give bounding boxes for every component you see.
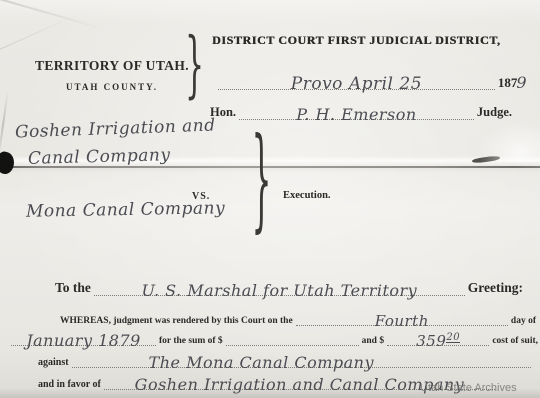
- printed-year: 187: [498, 76, 518, 90]
- handwritten-judgment-creditor: Goshen Irrigation and Canal Company: [135, 378, 465, 392]
- cost-label: cost of suit,: [492, 336, 538, 346]
- whereas-text: WHEREAS, judgment was rendered by this C…: [60, 316, 293, 326]
- handwritten-judge-name: P. H. Emerson: [296, 108, 416, 122]
- favor-label: and in favor of: [38, 379, 101, 390]
- handwritten-addressee: U. S. Marshal for Utah Territory: [141, 284, 417, 298]
- sum-line: January 1879 for the sum of $ and $ 3592…: [8, 326, 538, 346]
- to-label: To the: [55, 281, 91, 296]
- addressee-blank: U. S. Marshal for Utah Territory: [94, 281, 465, 296]
- date-line: Provo April 25 187 9: [215, 66, 527, 90]
- archives-watermark: Utah State Archives: [420, 382, 517, 394]
- county-subheading: UTAH COUNTY.: [33, 82, 191, 92]
- plaintiff-name-line2: Canal Company: [28, 148, 171, 167]
- handwritten-place-date: Provo April 25: [291, 77, 422, 92]
- scanned-court-document: TERRITORY OF UTAH. UTAH COUNTY. } DISTRI…: [0, 0, 540, 398]
- month-year-blank: January 1879: [11, 331, 156, 346]
- judge-name-blank: P. H. Emerson: [239, 105, 474, 120]
- sum-label: for the sum of $: [159, 336, 223, 346]
- crease-right-flap: [478, 120, 540, 162]
- defendant-name: Mona Canal Company: [26, 201, 225, 220]
- day-of-label: day of: [511, 316, 536, 326]
- address-line: To the U. S. Marshal for Utah Territory …: [55, 272, 523, 296]
- ink-blot: [0, 150, 16, 175]
- case-type-label: Execution.: [283, 190, 331, 201]
- fold-dark-mark-right: [472, 155, 500, 163]
- handwritten-cost-cents: 20: [446, 333, 460, 343]
- cost-amount-blank: 35920: [387, 330, 489, 347]
- greeting-label: Greeting:: [468, 281, 523, 296]
- handwritten-year-digit: 9: [516, 76, 527, 90]
- against-line: against The Mona Canal Company: [38, 348, 534, 368]
- judge-label: Judge.: [477, 106, 512, 120]
- and-label: and $: [362, 336, 384, 346]
- handwritten-cost-dollars: 359: [416, 335, 446, 349]
- against-label: against: [38, 357, 69, 368]
- execution-brace: }: [252, 128, 271, 158]
- sum-blank: [226, 345, 359, 346]
- debtor-blank: The Mona Canal Company: [72, 353, 531, 368]
- plaintiff-name-line1: Goshen Irrigation and: [15, 119, 216, 141]
- judgment-day-blank: Fourth: [296, 312, 508, 327]
- date-blank: Provo April 25: [218, 74, 495, 90]
- handwritten-judgment-debtor: The Mona Canal Company: [149, 356, 374, 370]
- crease-top-left: [0, 0, 104, 30]
- whereas-line: WHEREAS, judgment was rendered by this C…: [60, 306, 536, 326]
- court-name-heading: DISTRICT COURT FIRST JUDICIAL DISTRICT,: [212, 33, 501, 48]
- crease-top-left-2: [0, 16, 74, 54]
- handwritten-month-year: January 1879: [26, 334, 141, 348]
- header-brace: }: [185, 31, 204, 61]
- crease-left-edge: [0, 90, 9, 160]
- territory-heading: TERRITORY OF UTAH.: [33, 58, 191, 74]
